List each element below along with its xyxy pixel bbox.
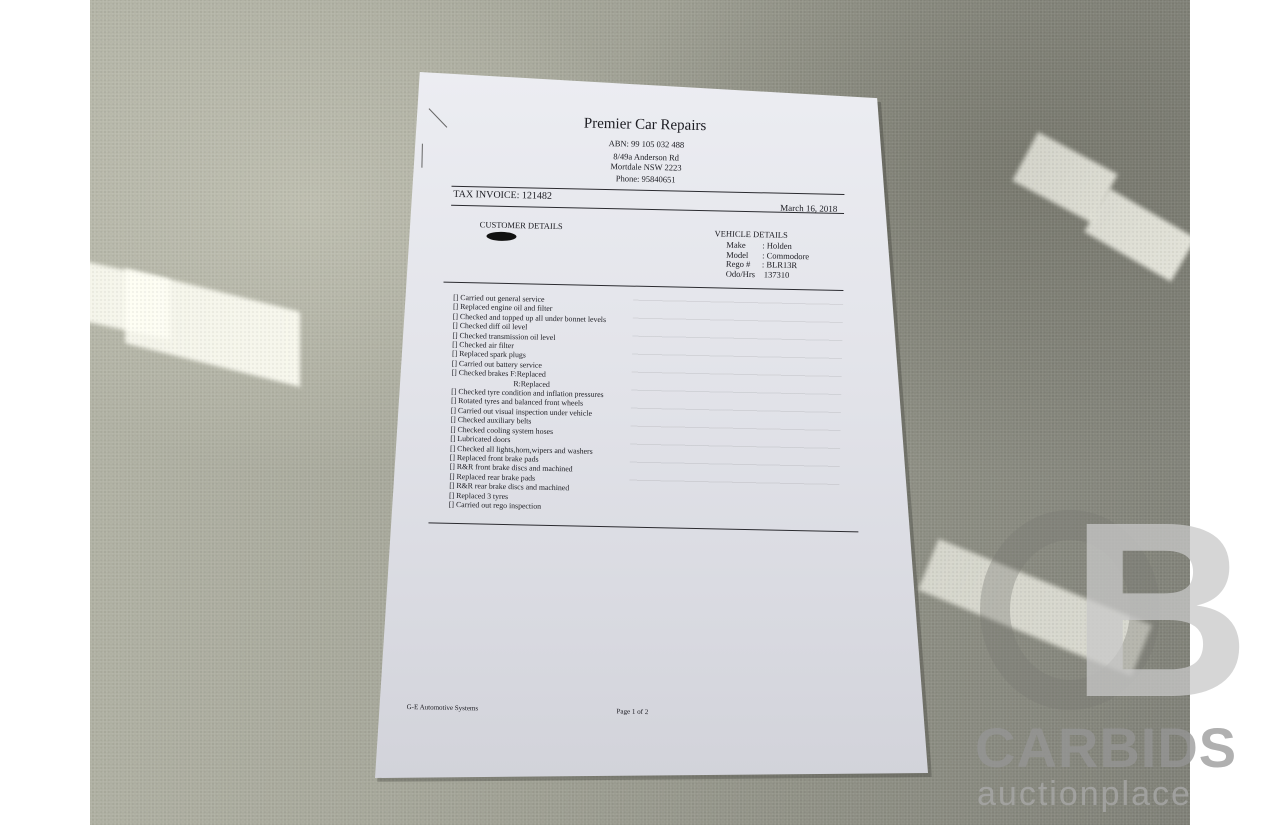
light-reflection — [125, 268, 300, 387]
divider — [443, 282, 843, 291]
vehicle-label: Odo/Hrs — [726, 269, 762, 279]
light-reflection — [918, 539, 1152, 676]
staple-mark — [421, 144, 423, 168]
page-bleed-through — [629, 292, 843, 486]
work-items-list: [] Carried out general service[] Replace… — [449, 293, 607, 513]
divider — [428, 522, 858, 532]
vehicle-row: Odo/Hrs 137310 — [726, 269, 809, 280]
invoice-paper: Premier Car Repairs ABN: 99 105 032 488 … — [375, 72, 928, 778]
redacted-customer-name — [486, 232, 516, 242]
vehicle-details: Make: Holden Model: Commodore Rego #: BL… — [726, 241, 810, 281]
company-name: Premier Car Repairs — [584, 116, 707, 136]
address: 8/49a Anderson Rd Mortdale NSW 2223 — [546, 150, 746, 174]
tax-invoice-number: TAX INVOICE: 121482 — [453, 189, 552, 202]
phone: Phone: 95840651 — [546, 172, 746, 186]
invoice-page: Premier Car Repairs ABN: 99 105 032 488 … — [363, 66, 931, 783]
customer-details-title: CUSTOMER DETAILS — [480, 219, 563, 231]
footer-software: G-E Automotive Systems — [407, 703, 479, 712]
vehicle-details-title: VEHICLE DETAILS — [714, 228, 787, 240]
work-item: [] Carried out rego inspection — [449, 500, 602, 513]
light-reflection — [1084, 188, 1190, 281]
page-number: Page 1 of 2 — [616, 707, 648, 716]
staple-mark — [429, 108, 448, 127]
vehicle-value: 137310 — [764, 269, 790, 280]
abn: ABN: 99 105 032 488 — [546, 137, 746, 151]
